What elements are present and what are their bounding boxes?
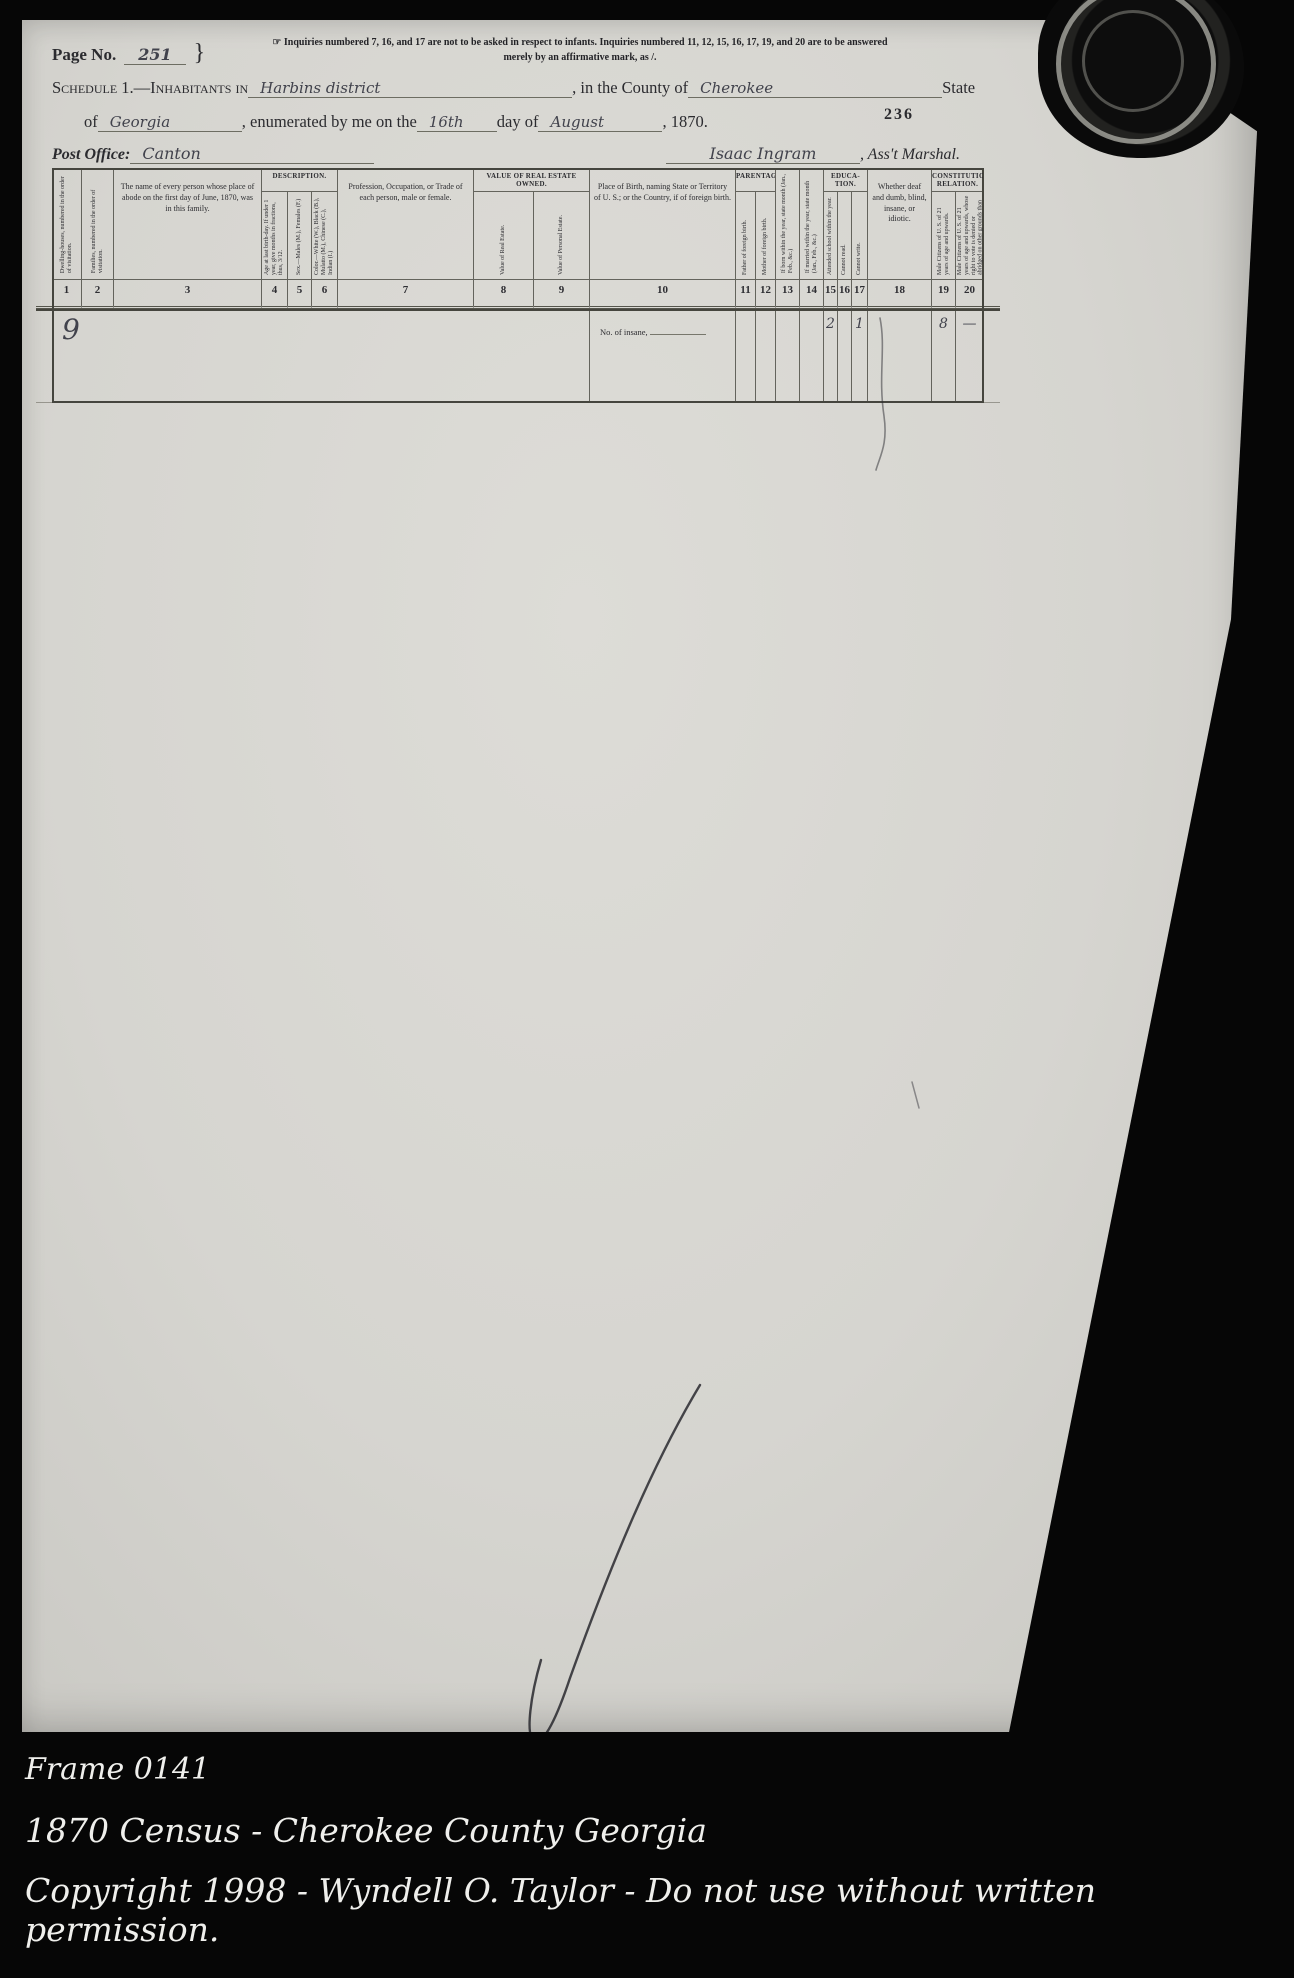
col-header-name: The name of every person whose place of … [114,168,262,280]
caption-frame-number: Frame 0141 [25,1752,1294,1787]
page-number-label: Page No. [52,45,116,65]
col-header-personal-estate-value: Value of Personal Estate. [534,192,590,280]
column-number: 8 [474,280,534,309]
photo-caption: Frame 0141 1870 Census - Cherokee County… [25,1752,1294,1949]
group-header-constitutional: Constitutional Relation. [932,168,984,192]
column-number: 10 [590,280,736,309]
enumerated-label: , enumerated by me on the [242,112,417,132]
col-header-families: Families, numbered in the order of visit… [82,168,114,280]
schedule-label: Schedule 1.—Inhabitants in [52,78,248,98]
day-label: day of [497,112,539,132]
col-header-male-citizens: Male Citizens of U. S. of 21 years of ag… [932,192,956,280]
column-number-row: 1234567891011121314151617181920 [36,280,1000,309]
census-page: Page No. 251 } ☞ Inquiries numbered 7, 1… [22,20,1262,1732]
col-header-attended-school: Attended school within the year. [824,192,838,280]
state-value: Georgia [98,113,242,132]
form-instructions-line1: ☞ Inquiries numbered 7, 16, and 17 are n… [270,36,890,51]
col-header-cannot-write: Cannot write. [852,192,868,280]
col-header-mother-foreign: Mother of foreign birth. [756,192,776,280]
table-header: Dwelling-houses, numbered in the order o… [36,168,1000,280]
schedule-line-2: of Georgia , enumerated by me on the 16t… [84,112,844,132]
form-instructions: ☞ Inquiries numbered 7, 16, and 17 are n… [270,36,890,65]
col-header-married-month: If married within the year, state month … [800,168,824,280]
column-number: 18 [868,280,932,309]
col-header-birthplace: Place of Birth, naming State or Territor… [590,168,736,280]
pen-stroke-small [912,1082,919,1108]
col-header-color: Color.—White (W.), Black (B.), Mulatto (… [312,192,338,280]
column-number: 9 [534,280,590,309]
footer-big-tally: 9 [62,313,80,346]
column-number: 4 [262,280,288,309]
table-footer: 9 No. of insane, 2 1 8 — [36,309,1000,403]
day-value: 16th [417,113,497,132]
year-label: , 1870. [662,112,707,132]
column-number: 5 [288,280,312,309]
pen-stroke-diagonal [530,1385,700,1732]
schedule-line-1: Schedule 1.—Inhabitants in Harbins distr… [52,78,1192,98]
county-label: , in the County of [572,78,688,98]
column-number: 7 [338,280,474,309]
marshal-name: Isaac Ingram [666,144,860,164]
of-label: of [84,112,98,132]
group-header-education: Educa-tion. [824,168,868,192]
number-row-gutter [36,280,52,309]
caption-title: 1870 Census - Cherokee County Georgia [25,1811,1294,1850]
col-header-dwellings: Dwelling-houses, numbered in the order o… [52,168,82,280]
column-number: 20 [956,280,984,309]
col-header-age: Age at last birth-day. If under 1 year, … [262,192,288,280]
col-header-male-citizens-denied: Male Citizens of U. S. of 21 years of ag… [956,192,984,280]
post-office-label: Post Office: [52,146,130,164]
insane-label: No. of insane, [600,327,648,337]
census-table: Dwelling-houses, numbered in the order o… [36,168,1000,403]
district-value: Harbins district [248,79,572,98]
page-number-line: Page No. 251 } [52,40,205,67]
postal-stamp-icon [1038,0,1244,158]
column-number: 19 [932,280,956,309]
col-header-real-estate-value: Value of Real Estate. [474,192,534,280]
col-header-occupation: Profession, Occupation, or Trade of each… [338,168,474,280]
group-header-parentage: Parentage. [736,168,776,192]
footer-mark-c15: 2 [824,311,838,403]
group-header-real-estate: Value of Real Estate owned. [474,168,590,192]
column-number: 1 [52,280,82,309]
footer-mark-c17: 1 [852,311,868,403]
number-row-gutter [984,280,1000,309]
col-header-cannot-read: Cannot read. [838,192,852,280]
column-number: 15 [824,280,838,309]
column-number: 16 [838,280,852,309]
column-number: 13 [776,280,800,309]
page-number-value: 251 [124,45,185,65]
group-header-description: Description. [262,168,338,192]
column-number: 14 [800,280,824,309]
frame-stamp-number: 236 [884,106,914,124]
post-office-line: Post Office: Canton Isaac Ingram , Ass't… [52,144,960,164]
col-header-sex: Sex.—Males (M.), Females (F.) [288,192,312,280]
stamp-inner-ring [1082,10,1184,112]
footer-insane-item: No. of insane, [590,311,736,403]
col-header-deaf-dumb: Whether deaf and dumb, blind, insane, or… [868,168,932,280]
col-header-father-foreign: Father of foreign birth. [736,192,756,280]
column-number: 17 [852,280,868,309]
post-office-value: Canton [130,144,374,164]
caption-copyright: Copyright 1998 - Wyndell O. Taylor - Do … [25,1871,1294,1949]
column-number: 6 [312,280,338,309]
column-number: 12 [756,280,776,309]
column-number: 2 [82,280,114,309]
footer-mark-c20: — [956,311,984,403]
month-value: August [538,113,662,132]
footer-mark-c19: 8 [932,311,956,403]
footer-tally-block: 9 [52,311,590,403]
column-number: 3 [114,280,262,309]
state-word: State [942,78,975,98]
county-value: Cherokee [688,79,942,98]
form-instructions-line2: merely by an affirmative mark, as /. [270,51,890,66]
column-number: 11 [736,280,756,309]
col-header-born-month: If born within the year, state month (Ja… [776,168,800,280]
brace-mark: } [194,40,206,67]
marshal-title-label: , Ass't Marshal. [860,146,960,164]
